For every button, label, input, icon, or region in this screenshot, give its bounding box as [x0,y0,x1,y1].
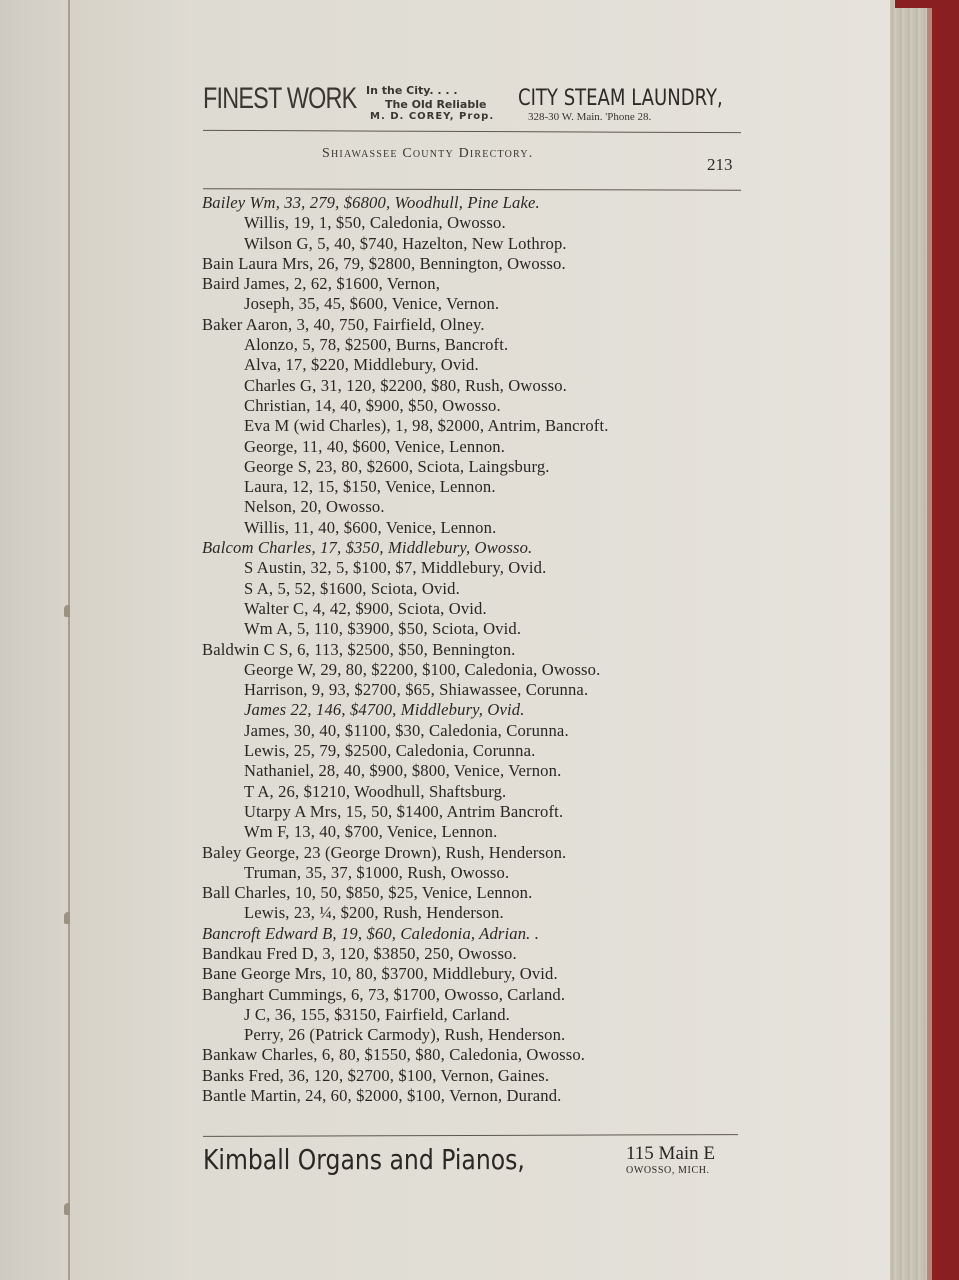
ad-left-title: FINEST WORK [203,82,357,116]
ad-tagline-1: In the City. . . . [366,84,458,97]
directory-subentry: Nelson, 20, Owosso. [202,497,762,517]
directory-subentry: James, 30, 40, $1100, $30, Caledonia, Co… [202,721,762,741]
directory-subentry: Joseph, 35, 45, $600, Venice, Vernon. [202,294,762,314]
footer-advertisement: Kimball Organs and Pianos, 115 Main E OW… [203,1143,743,1183]
directory-subentry: Alva, 17, $220, Middlebury, Ovid. [202,355,762,375]
directory-subentry: S A, 5, 52, $1600, Sciota, Ovid. [202,579,762,599]
directory-subentry: Charles G, 31, 120, $2200, $80, Rush, Ow… [202,376,762,396]
directory-entry: Balcom Charles, 17, $350, Middlebury, Ow… [202,538,762,558]
directory-subentry: Christian, 14, 40, $900, $50, Owosso. [202,396,762,416]
ad-proprietor: M. D. COREY, Prop. [370,111,494,122]
directory-entry: Bancroft Edward B, 19, $60, Caledonia, A… [202,924,762,944]
directory-subentry: Laura, 12, 15, $150, Venice, Lennon. [202,477,762,497]
directory-entry: Bane George Mrs, 10, 80, $3700, Middlebu… [202,964,762,984]
directory-subentry: S Austin, 32, 5, $100, $7, Middlebury, O… [202,558,762,578]
directory-entry: Bandkau Fred D, 3, 120, $3850, 250, Owos… [202,944,762,964]
directory-entry: Baird James, 2, 62, $1600, Vernon, [202,274,762,294]
directory-subentry: Lewis, 23, ¼, $200, Rush, Henderson. [202,903,762,923]
directory-entry: Banghart Cummings, 6, 73, $1700, Owosso,… [202,985,762,1005]
directory-subentry: Truman, 35, 37, $1000, Rush, Owosso. [202,863,762,883]
footer-ad-headline: Kimball Organs and Pianos, [203,1143,525,1176]
directory-subentry: George S, 23, 80, $2600, Sciota, Laingsb… [202,457,762,477]
book-cover [932,0,959,1280]
header-advertisement: FINEST WORK In the City. . . . The Old R… [203,80,743,130]
directory-subentry: Utarpy A Mrs, 15, 50, $1400, Antrim Banc… [202,802,762,822]
directory-entry: Baker Aaron, 3, 40, 750, Fairfield, Olne… [202,315,762,335]
ad-address: 328-30 W. Main. 'Phone 28. [528,111,651,123]
ad-tagline-2: The Old Reliable [385,98,486,111]
directory-subentry: Eva M (wid Charles), 1, 98, $2000, Antri… [202,416,762,436]
directory-subentry: Lewis, 25, 79, $2500, Caledonia, Corunna… [202,741,762,761]
page-edges [890,0,930,1280]
directory-entries: Bailey Wm, 33, 279, $6800, Woodhull, Pin… [202,193,762,1106]
directory-entry: Baley George, 23 (George Drown), Rush, H… [202,843,762,863]
directory-subentry: Wm F, 13, 40, $700, Venice, Lennon. [202,822,762,842]
directory-subentry: T A, 26, $1210, Woodhull, Shaftsburg. [202,782,762,802]
facing-page-gutter [0,0,68,1280]
directory-subentry: Alonzo, 5, 78, $2500, Burns, Bancroft. [202,335,762,355]
directory-entry: Baldwin C S, 6, 113, $2500, $50, Benning… [202,640,762,660]
directory-subentry: Harrison, 9, 93, $2700, $65, Shiawassee,… [202,680,762,700]
directory-subentry: Willis, 11, 40, $600, Venice, Lennon. [202,518,762,538]
directory-subentry: George W, 29, 80, $2200, $100, Caledonia… [202,660,762,680]
directory-entry: Banks Fred, 36, 120, $2700, $100, Vernon… [202,1066,762,1086]
directory-subentry: Willis, 19, 1, $50, Caledonia, Owosso. [202,213,762,233]
directory-subentry: Wm A, 5, 110, $3900, $50, Sciota, Ovid. [202,619,762,639]
directory-subentry: Wilson G, 5, 40, $740, Hazelton, New Lot… [202,234,762,254]
directory-subentry: George, 11, 40, $600, Venice, Lennon. [202,437,762,457]
directory-entry: Ball Charles, 10, 50, $850, $25, Venice,… [202,883,762,903]
directory-subentry: Nathaniel, 28, 40, $900, $800, Venice, V… [202,761,762,781]
footer-ad-street: 115 Main E [626,1143,715,1165]
running-head-title: Shiawassee County Directory. [322,146,533,162]
directory-subentry: Perry, 26 (Patrick Carmody), Rush, Hende… [202,1025,762,1045]
footer-ad-city: OWOSSO, MICH. [626,1165,710,1176]
directory-entry: Bain Laura Mrs, 26, 79, $2800, Benningto… [202,254,762,274]
ad-business-name: CITY STEAM LAUNDRY, [518,86,723,111]
directory-subentry: James 22, 146, $4700, Middlebury, Ovid. [202,700,762,720]
directory-entry: Bankaw Charles, 6, 80, $1550, $80, Caled… [202,1045,762,1065]
page-number: 213 [707,155,733,175]
directory-entry: Bantle Martin, 24, 60, $2000, $100, Vern… [202,1086,762,1106]
directory-entry: Bailey Wm, 33, 279, $6800, Woodhull, Pin… [202,193,762,213]
book-cover-top [895,0,959,8]
directory-subentry: J C, 36, 155, $3150, Fairfield, Carland. [202,1005,762,1025]
directory-subentry: Walter C, 4, 42, $900, Sciota, Ovid. [202,599,762,619]
